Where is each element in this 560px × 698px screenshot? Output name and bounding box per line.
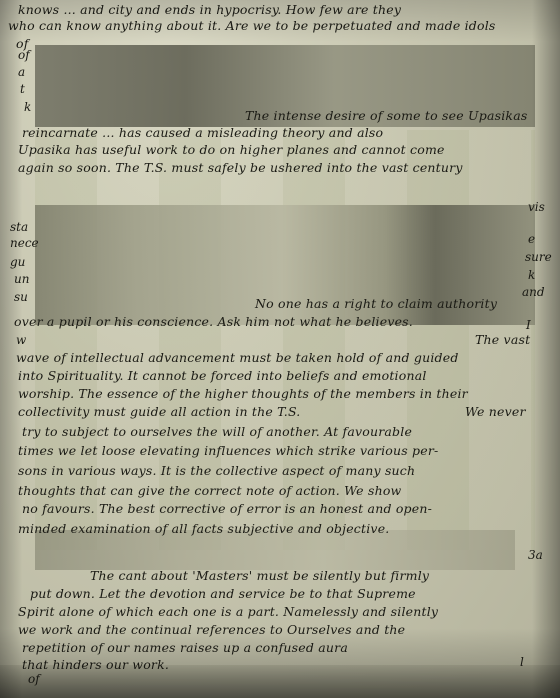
text-line: that hinders our work. bbox=[22, 657, 169, 672]
text-line: over a pupil or his conscience. Ask him … bbox=[14, 314, 413, 329]
margin-fragment: k bbox=[24, 100, 31, 114]
margin-fragment: t bbox=[20, 82, 25, 96]
text-line: into Spirituality. It cannot be forced i… bbox=[18, 368, 427, 383]
page-marker: 3a bbox=[528, 548, 543, 562]
manuscript-page: knows ... and city and ends in hypocrisy… bbox=[0, 0, 560, 698]
redaction-patch-lower bbox=[35, 530, 515, 570]
text-line: reincarnate ... has caused a misleading … bbox=[22, 125, 383, 140]
margin-fragment: and bbox=[522, 285, 545, 299]
text-line: who can know anything about it. Are we t… bbox=[8, 18, 496, 33]
margin-fragment: of bbox=[28, 672, 40, 686]
text-line: knows ... and city and ends in hypocrisy… bbox=[18, 2, 401, 17]
text-line: We never bbox=[465, 404, 526, 419]
margin-fragment: sta bbox=[10, 220, 28, 234]
text-line: The vast bbox=[475, 332, 530, 347]
margin-fragment: w bbox=[16, 333, 26, 347]
margin-fragment: e bbox=[528, 232, 535, 246]
text-line: worship. The essence of the higher thoug… bbox=[18, 386, 468, 401]
text-line: sons in various ways. It is the collecti… bbox=[18, 463, 415, 478]
margin-fragment: I bbox=[526, 318, 531, 332]
text-line: no favours. The best corrective of error… bbox=[22, 501, 432, 516]
margin-fragment: a bbox=[18, 65, 25, 79]
text-line: try to subject to ourselves the will of … bbox=[22, 424, 412, 439]
text-line: repetition of our names raises up a conf… bbox=[22, 640, 348, 655]
text-line: minded examination of all facts subjecti… bbox=[18, 521, 389, 536]
text-line: we work and the continual references to … bbox=[18, 622, 405, 637]
text-line: Spirit alone of which each one is a part… bbox=[18, 604, 438, 619]
margin-fragment: un bbox=[14, 272, 29, 286]
text-line: The cant about 'Masters' must be silentl… bbox=[90, 568, 429, 583]
margin-fragment: l bbox=[520, 655, 524, 669]
text-line: put down. Let the devotion and service b… bbox=[30, 586, 416, 601]
margin-fragment: gu bbox=[10, 255, 25, 269]
text-line: times we let loose elevating influences … bbox=[18, 443, 438, 458]
margin-fragment: of bbox=[18, 48, 30, 62]
text-line: collectivity must guide all action in th… bbox=[18, 404, 300, 419]
margin-fragment: su bbox=[14, 290, 28, 304]
text-line: thoughts that can give the correct note … bbox=[18, 483, 401, 498]
text-line: No one has a right to claim authority bbox=[255, 296, 497, 311]
margin-fragment: k bbox=[528, 268, 535, 282]
margin-fragment: sure bbox=[525, 250, 552, 264]
margin-fragment: nece bbox=[10, 236, 39, 250]
text-line: wave of intellectual advancement must be… bbox=[16, 350, 459, 365]
text-line: again so soon. The T.S. must safely be u… bbox=[18, 160, 463, 175]
text-line: The intense desire of some to see Upasik… bbox=[245, 108, 527, 123]
margin-fragment: vis bbox=[528, 200, 545, 214]
text-line: Upasika has useful work to do on higher … bbox=[18, 142, 445, 157]
